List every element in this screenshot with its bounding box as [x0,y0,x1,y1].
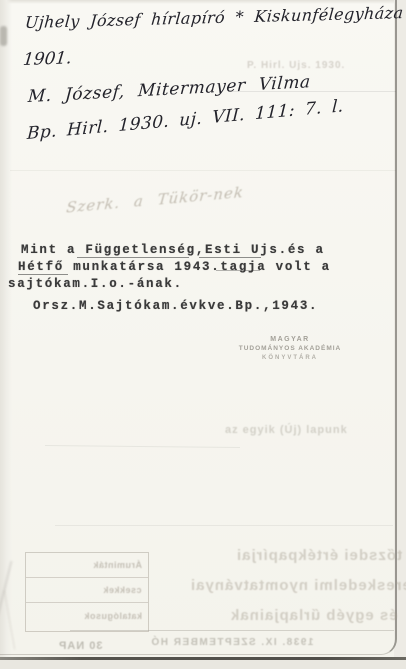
catalog-card-scan: Ujhely József hírlapíró * Kiskunfélegyhá… [0,0,406,669]
typed-line-1: Mint a Függetlenség,Esti Ujs.és a [21,243,325,257]
bleedthrough-form-table: Áruminták csekkek katalógusok [25,552,149,632]
bleedthrough-print-line: és egyéb űrlapjainak [230,607,398,624]
library-stamp: MAGYAR TUDOMÁNYOS AKADÉMIA KÖNYVTÁRA [232,335,348,363]
scan-below-card [0,660,406,669]
bleedthrough-table-row: Áruminták [26,553,148,578]
typed-source-line: Orsz.M.Sajtókam.évkve.Bp.,1943. [33,299,318,313]
typed-line-2: Hétfő munkatársa 1943.tagja volt a [18,260,331,274]
bleedthrough-table-row: csekkek [26,578,148,603]
typed-underline [199,257,261,258]
handwritten-year-line: 1901. [22,48,73,70]
typed-underline [18,274,68,275]
bleedthrough-print-line: tőzsdei értékpapírjai [236,547,402,564]
typed-underline [77,257,189,258]
typed-underline [216,270,260,271]
typed-line-3: sajtókam.I.o.-ának. [8,277,183,291]
bleedthrough-smudge-mid: az egyik (Új) lapunk [225,424,348,436]
faint-rule [10,170,396,171]
stamp-line-3: KÖNYVTÁRA [232,354,348,363]
bleedthrough-table-row: katalógusok [26,603,148,628]
stamp-line-2: TUDOMÁNYOS AKADÉMIA [232,344,348,354]
bleedthrough-smudge-top: P. Hirl. Ujs. 1930. [247,60,345,71]
bleedthrough-footer-date: 1938. IX. SZEPTEMBER HÓ [150,637,313,648]
faint-rule [228,91,396,92]
bleedthrough-print-line: kereskedelmi nyomtatványai [190,577,406,594]
bleedthrough-table-cell: csekkek [103,585,142,595]
bleedthrough-footer-days: 30 NAP [58,640,103,652]
faint-rule [55,525,393,526]
bleedthrough-table-cell: Áruminták [93,560,142,570]
bleedthrough-table-cell: katalógusok [84,611,142,621]
stamp-line-1: MAGYAR [232,335,348,344]
